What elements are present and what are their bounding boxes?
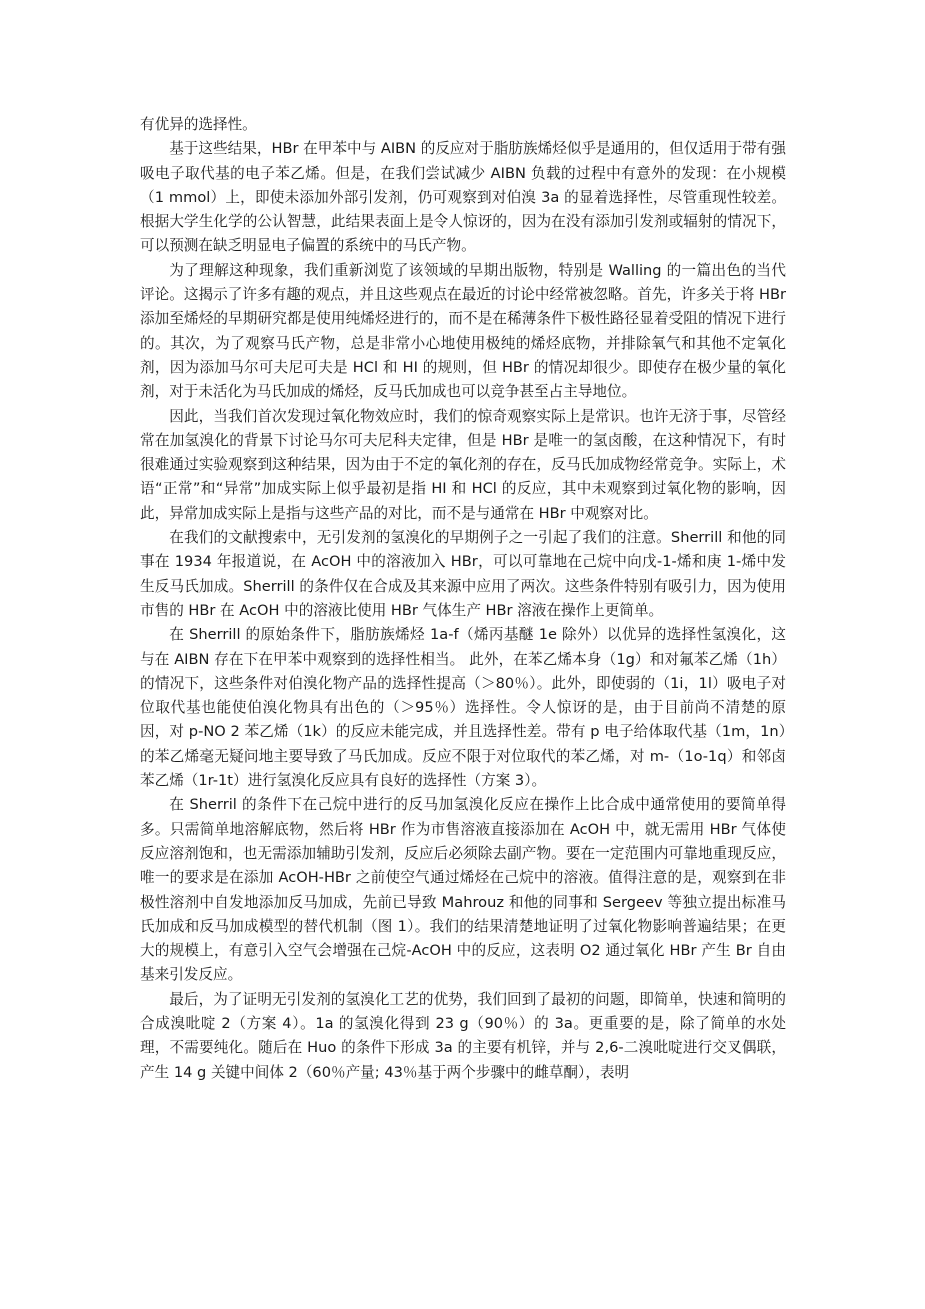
paragraph-sherrill-literature: 在我们的文献搜索中，无引发剂的氢溴化的早期例子之一引起了我们的注意。Sherri… (140, 526, 786, 623)
paragraph-walling-review: 为了理解这种现象，我们重新浏览了该领域的早期出版物，特别是 Walling 的一… (140, 259, 786, 405)
paragraph-substrate-scope: 在 Sherrill 的原始条件下，脂肪族烯烃 1a-f（烯丙基醚 1e 除外）… (140, 623, 786, 793)
paragraph-peroxide-effect: 因此，当我们首次发现过氧化物效应时，我们的惊奇观察实际上是常识。也许无济于事，尽… (140, 405, 786, 526)
paragraph-hbr-aibn-results: 基于这些结果，HBr 在甲苯中与 AIBN 的反应对于脂肪族烯烃似乎是通用的，但… (140, 137, 786, 258)
paragraph-operational-simplicity: 在 Sherril 的条件下在己烷中进行的反马加氢溴化反应在操作上比合成中通常使… (140, 793, 786, 987)
paragraph-continuation: 有优异的选择性。 (140, 113, 786, 137)
paragraph-synthesis-application: 最后，为了证明无引发剂的氢溴化工艺的优势，我们回到了最初的问题，即简单，快速和简… (140, 988, 786, 1085)
document-page: 有优异的选择性。 基于这些结果，HBr 在甲苯中与 AIBN 的反应对于脂肪族烯… (140, 113, 786, 1085)
